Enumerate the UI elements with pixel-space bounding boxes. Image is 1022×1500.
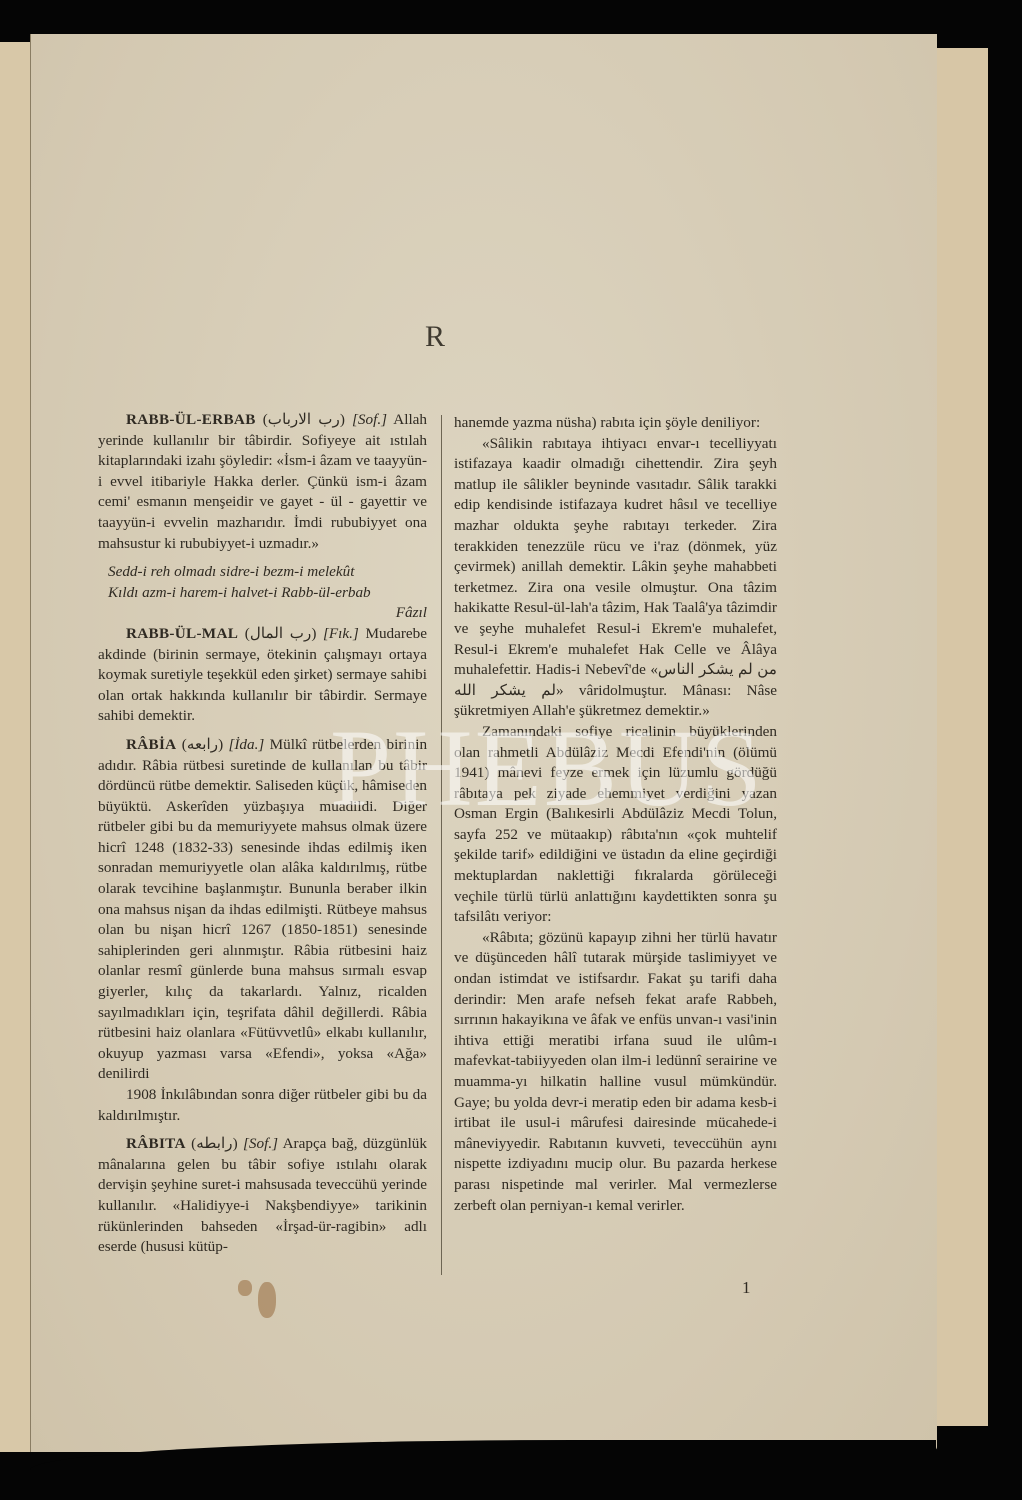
headword: RÂBITA (126, 1135, 186, 1152)
entry-rabb-ul-mal: RABB-ÜL-MAL (رب المال) [Fık.] Mudarebe a… (98, 624, 427, 727)
entry-paragraph: Zamanındaki sofiye ricalinin büyüklerind… (454, 722, 777, 928)
domain-label: [Fık.] (323, 625, 359, 642)
entry-paragraph: «Sâlikin rabıtaya ihtiyacı envar-ı tecel… (454, 434, 777, 722)
headword: RABB-ÜL-ERBAB (126, 411, 256, 428)
entry-paragraph: 1908 İnkılâbından sonra diğer rütbeler g… (98, 1085, 427, 1126)
headword: RABB-ÜL-MAL (126, 625, 238, 642)
entry-text: Mülkî rütbelerden birinin adıdır. Râbia … (98, 736, 427, 1083)
verse-line: Sedd-i reh olmadı sidre-i bezm-i melekût (98, 562, 427, 583)
arabic-term: (رب الارباب) (263, 411, 345, 428)
entry-rabia: RÂBİA (رابعه) [İda.] Mülkî rütbelerden b… (98, 735, 427, 1085)
entry-rabb-ul-erbab: RABB-ÜL-ERBAB (رب الارباب) [Sof.] Allah … (98, 410, 427, 554)
arabic-term: (رابطه) (191, 1135, 238, 1152)
arabic-term: (رابعه) (182, 736, 223, 753)
underlying-page-edge-right (930, 48, 988, 1426)
adjacent-page-edge-left (0, 42, 30, 1452)
entry-paragraph: «Râbıta; gözünü kapayıp zihni her türlü … (454, 928, 777, 1216)
entry-text: Allah yerinde kullanılır bir tâbirdir. S… (98, 411, 427, 552)
page-number: 1 (742, 1278, 751, 1298)
right-column: hanemde yazma nüsha) rabıta için şöyle d… (454, 413, 777, 1216)
domain-label: [Sof.] (243, 1135, 278, 1152)
paper-stain (258, 1282, 276, 1318)
headword: RÂBİA (126, 736, 176, 753)
entry-rabita: RÂBITA (رابطه) [Sof.] Arapça bağ, düzgün… (98, 1134, 427, 1258)
domain-label: [Sof.] (352, 411, 387, 428)
paper-stain (238, 1280, 252, 1296)
section-letter: R (395, 320, 475, 354)
domain-label: [İda.] (228, 736, 264, 753)
verse-author: Fâzıl (98, 603, 427, 624)
column-divider (441, 415, 442, 1275)
arabic-term: (رب المال) (245, 625, 317, 642)
entry-text: Arapça bağ, düzgünlük mânalarına gelen b… (98, 1135, 427, 1255)
entry-paragraph: hanemde yazma nüsha) rabıta için şöyle d… (454, 413, 777, 434)
verse-line: Kıldı azm-i harem-i halvet-i Rabb-ül-erb… (98, 583, 427, 604)
left-column: RABB-ÜL-ERBAB (رب الارباب) [Sof.] Allah … (98, 410, 427, 1258)
